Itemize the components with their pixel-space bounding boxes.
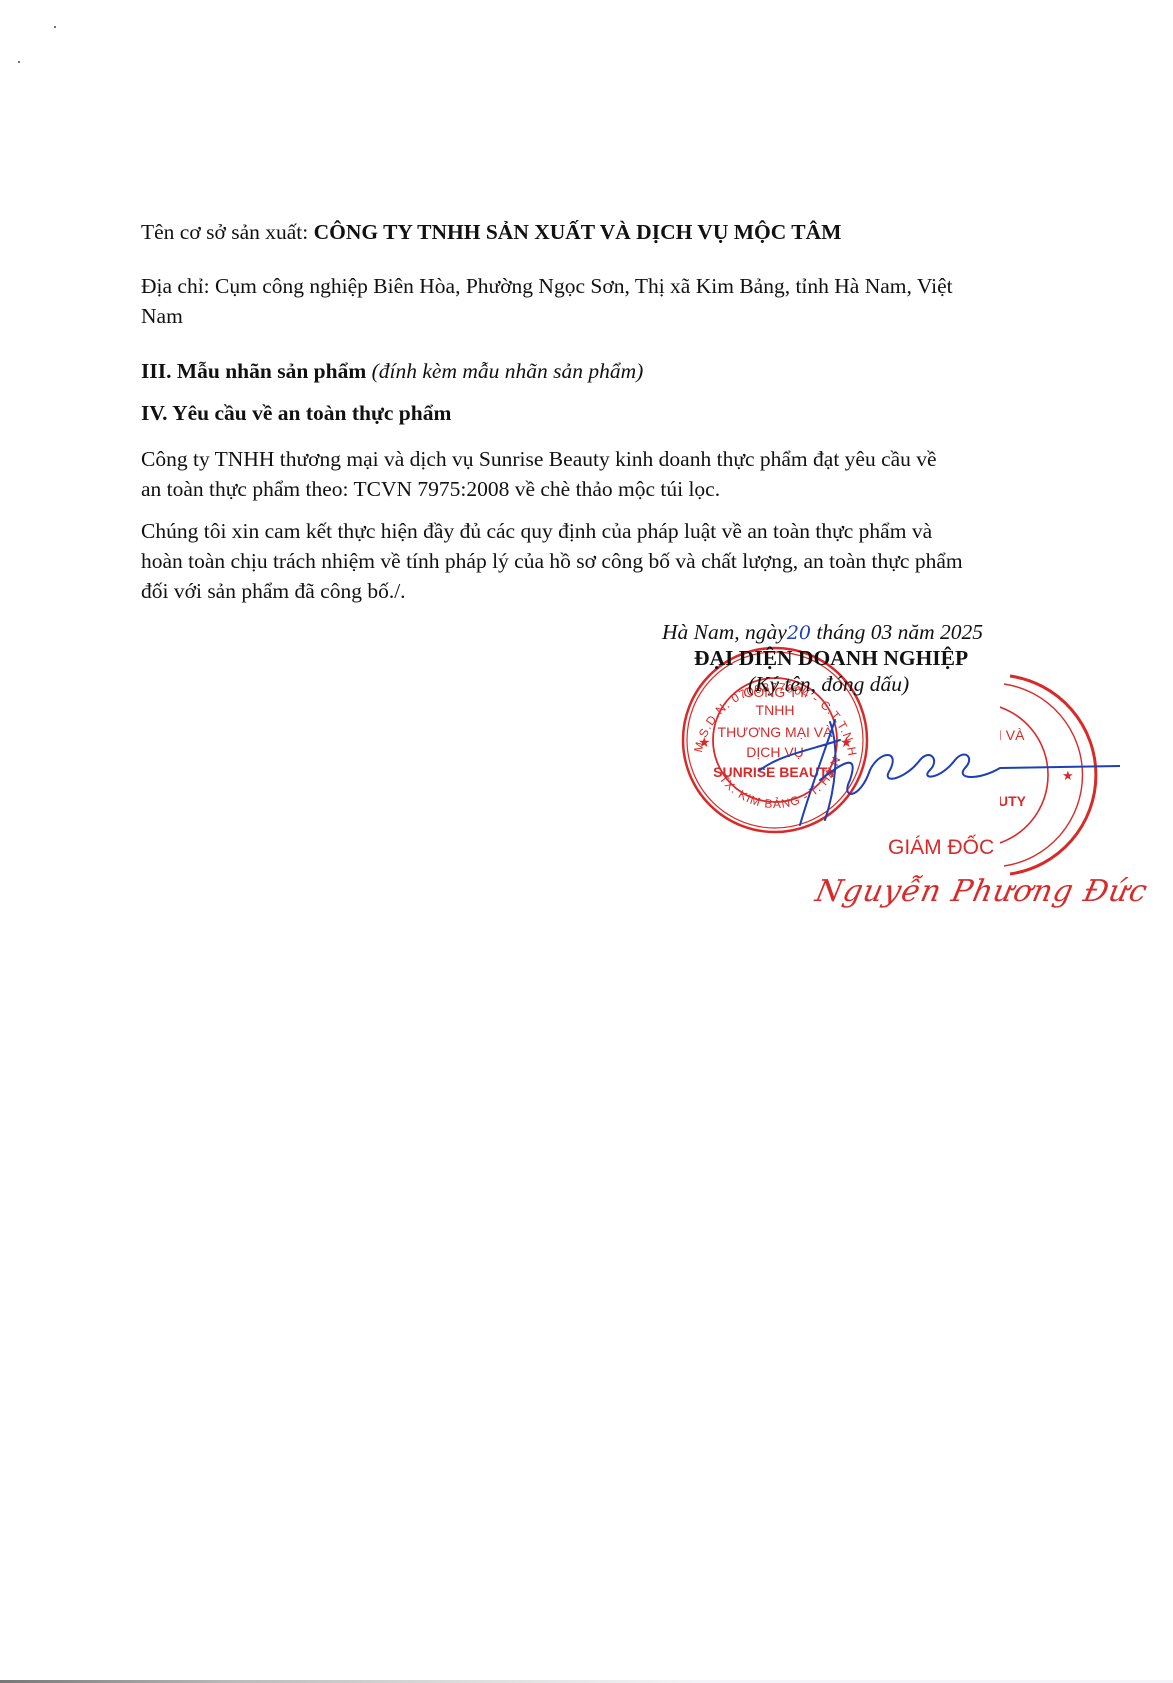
- address-line-2: Nam: [141, 300, 183, 332]
- producer-name: CÔNG TY TNHH SẢN XUẤT VÀ DỊCH VỤ MỘC TÂM: [314, 220, 842, 244]
- date-place: Hà Nam, ngày: [662, 620, 787, 644]
- producer-label: Tên cơ sở sản xuất:: [141, 220, 314, 244]
- paragraph-2-line-2: hoàn toàn chịu trách nhiệm về tính pháp …: [141, 545, 963, 577]
- paragraph-2-line-3: đối với sản phẩm đã công bố./.: [141, 575, 406, 607]
- paragraph-2-line-1: Chúng tôi xin cam kết thực hiện đầy đủ c…: [141, 515, 932, 547]
- section-3-title: III. Mẫu nhãn sản phẩm: [141, 359, 372, 383]
- signer-role: GIÁM ĐỐC: [888, 836, 994, 860]
- section-3-note: (đính kèm mẫu nhãn sản phẩm): [372, 359, 644, 383]
- signer-name: Nguyễn Phương Đức: [812, 874, 1151, 909]
- paragraph-1-line-1: Công ty TNHH thương mại và dịch vụ Sunri…: [141, 443, 937, 475]
- signature-date: Hà Nam, ngày20 tháng 03 năm 2025: [662, 620, 983, 645]
- handwritten-signature: [740, 710, 1120, 830]
- paragraph-1-line-2: an toàn thực phẩm theo: TCVN 7975:2008 v…: [141, 473, 720, 505]
- section-3-heading: III. Mẫu nhãn sản phẩm (đính kèm mẫu nhã…: [141, 355, 643, 387]
- signature-title: ĐẠI DIỆN DOANH NGHIỆP: [694, 646, 968, 671]
- stamp-star-icon: ★: [698, 736, 711, 751]
- section-4-heading: IV. Yêu cầu về an toàn thực phẩm: [141, 397, 451, 429]
- scan-speck: [54, 26, 56, 28]
- producer-line: Tên cơ sở sản xuất: CÔNG TY TNHH SẢN XUẤ…: [141, 216, 841, 248]
- date-day: 20: [787, 622, 811, 644]
- address-line-1: Địa chỉ: Cụm công nghiệp Biên Hòa, Phườn…: [141, 270, 953, 302]
- date-month-year: tháng 03 năm 2025: [811, 620, 983, 644]
- signature-note: (Ký tên, đóng dấu): [748, 672, 909, 697]
- scan-speck: [18, 61, 20, 63]
